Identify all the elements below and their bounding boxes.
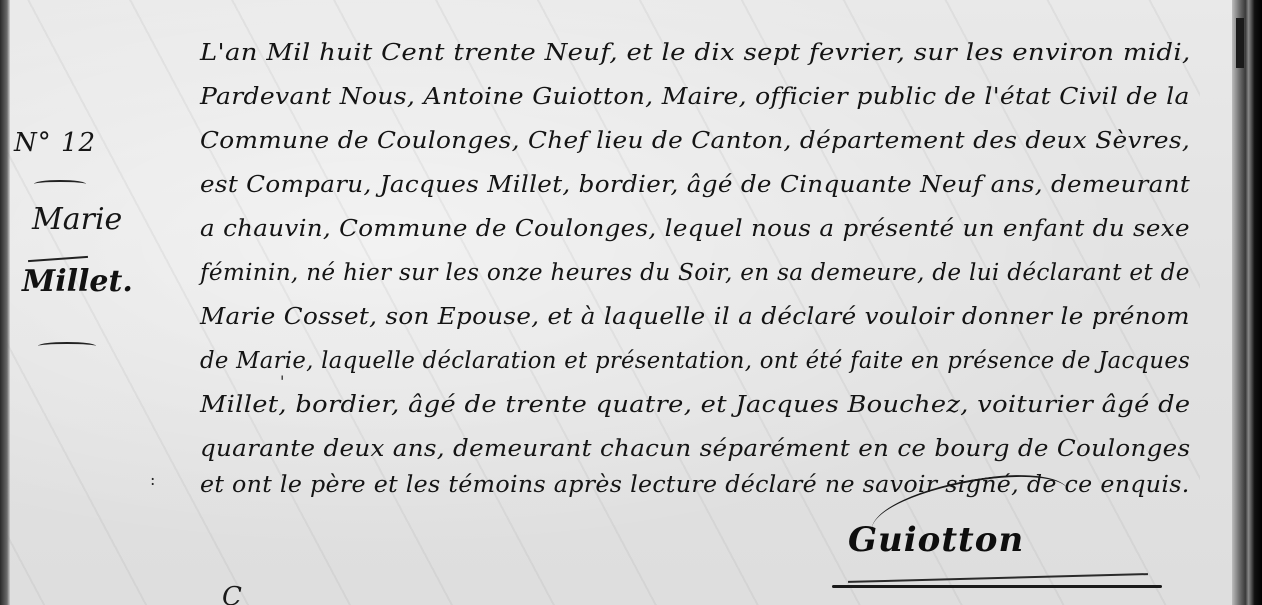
next-entry-start: C xyxy=(222,582,242,605)
entry-line: Millet, bordier, âgé de trente quatre, e… xyxy=(200,390,1190,418)
book-binding xyxy=(1232,0,1262,605)
mayor-signature: Guiotton xyxy=(848,520,1024,560)
entry-line: de Marie, laquelle déclaration et présen… xyxy=(200,346,1190,374)
signature-underline xyxy=(848,573,1148,583)
entry-line: Commune de Coulonges, Chef lieu de Canto… xyxy=(200,126,1190,154)
ink-dot: ' xyxy=(280,372,284,391)
binding-mark xyxy=(1236,18,1244,68)
page-left-edge xyxy=(0,0,10,605)
entry-line: Pardevant Nous, Antoine Guiotton, Maire,… xyxy=(200,82,1190,110)
ink-dot: : xyxy=(150,470,155,489)
entry-line: féminin, né hier sur les onze heures du … xyxy=(200,258,1190,286)
entry-number: N° 12 xyxy=(14,128,96,158)
entry-line: a chauvin, Commune de Coulonges, lequel … xyxy=(200,214,1190,242)
margin-given-name: Marie xyxy=(32,202,122,237)
margin-surname: Millet. xyxy=(22,264,133,299)
signature-underline xyxy=(832,585,1162,588)
entry-line: quarante deux ans, demeurant chacun sépa… xyxy=(200,434,1190,462)
entry-line: Marie Cosset, son Epouse, et à laquelle … xyxy=(200,302,1190,330)
entry-line: est Comparu, Jacques Millet, bordier, âg… xyxy=(200,170,1190,198)
register-page: N° 12 Marie Millet. L'an Mil huit Cent t… xyxy=(0,0,1262,605)
struck-out-mark xyxy=(28,256,88,262)
entry-line: L'an Mil huit Cent trente Neuf, et le di… xyxy=(200,38,1191,66)
divider-squiggle xyxy=(34,180,86,188)
divider-squiggle xyxy=(38,342,96,350)
